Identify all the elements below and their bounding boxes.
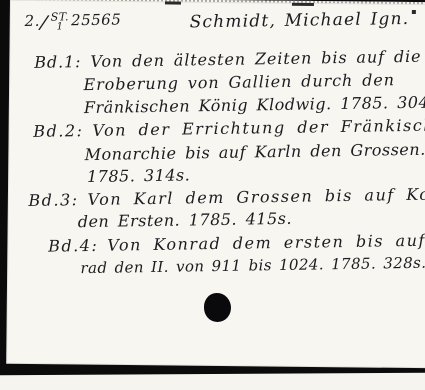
entry-text: Von Karl dem Grossen bis auf Konra- xyxy=(87,184,425,209)
author-heading: Schmidt, Michael Ign. xyxy=(189,9,409,32)
hole-punch-mark xyxy=(204,293,231,322)
call-number: 2. / ST. 1 25565 xyxy=(24,10,121,34)
call-number-stack-bottom: 1 xyxy=(57,22,64,32)
entry-text: Von der Errichtung der Fränkischen xyxy=(92,115,425,140)
entry-line: 1785. 314s. xyxy=(87,165,191,186)
entry-line: Monarchie bis auf Karln den Grossen. xyxy=(85,140,425,164)
scanned-catalog-card-image: 2. / ST. 1 25565 Schmidt, Michael Ign. B… xyxy=(0,0,425,390)
entry-line: Eroberung von Gallien durch den xyxy=(83,70,395,94)
entry-line: Bd.3:Von Karl dem Grossen bis auf Konra- xyxy=(28,184,425,210)
entry-text: Von den ältesten Zeiten bis auf die xyxy=(90,47,421,71)
call-number-stack: ST. 1 xyxy=(51,11,70,32)
entry-text: Von Konrad dem ersten bis auf Kon- xyxy=(107,230,425,255)
volume-label: Bd.2: xyxy=(33,121,83,141)
entry-line: den Ersten. 1785. 415s. xyxy=(78,209,293,231)
bottom-white-strip xyxy=(0,373,425,390)
call-number-suffix: 25565 xyxy=(71,10,121,29)
call-number-separator: / xyxy=(40,11,50,34)
call-number-prefix: 2. xyxy=(24,12,40,30)
entry-line: rad den II. von 911 bis 1024. 1785. 328s… xyxy=(80,254,425,277)
volume-label: Bd.4: xyxy=(48,236,98,256)
volume-label: Bd.3: xyxy=(28,190,78,210)
entry-line: Bd.4:Von Konrad dem ersten bis auf Kon- xyxy=(48,230,425,256)
volume-label: Bd.1: xyxy=(34,52,81,72)
entry-line: Fränkischen König Klodwig. 1785. 304s. xyxy=(84,92,425,117)
entry-line: Bd.2:Von der Errichtung der Fränkischen xyxy=(33,115,425,141)
entry-line: Bd.1:Von den ältesten Zeiten bis auf die xyxy=(34,47,422,72)
